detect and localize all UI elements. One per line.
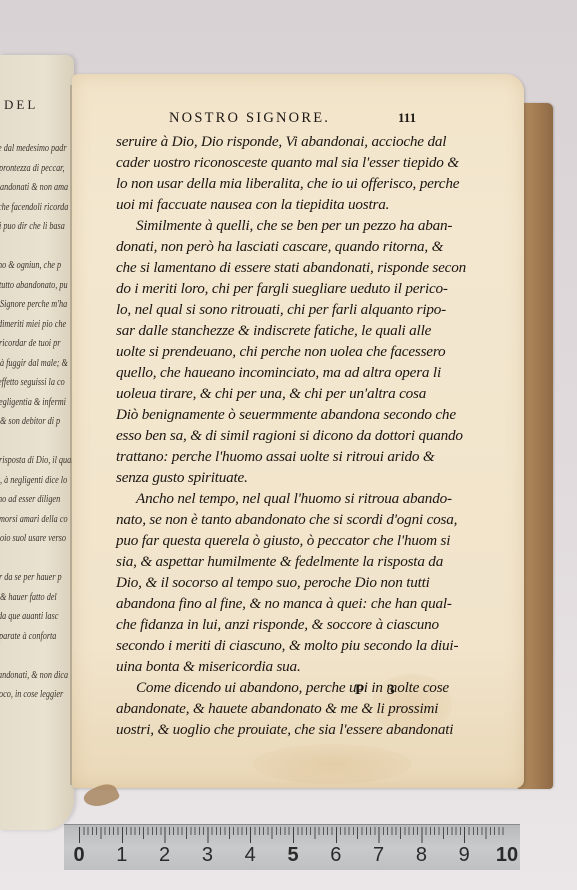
- ruler-label: 2: [159, 844, 170, 867]
- left-page-running-head: DEL: [4, 97, 38, 113]
- left-text-line: da que auanti lasc: [0, 611, 58, 622]
- text-line: quello, che haueano incominciato, ma ad …: [116, 362, 468, 383]
- left-text-line: prontezza di peccar,: [0, 163, 65, 174]
- ruler-label: 5: [287, 844, 298, 867]
- left-text-line: egligentia & infermi: [0, 397, 66, 408]
- text-line: abandonate, & hauete abandonato & me & l…: [116, 698, 468, 719]
- text-line: do i meriti loro, chi per fargli sueglia…: [116, 278, 468, 299]
- left-text-line: parate à conforta: [0, 631, 56, 642]
- text-line: uina bonta & misericordia sua.: [116, 656, 468, 677]
- left-text-line: à fuggir dal male; &: [0, 358, 68, 369]
- left-text-line: Signore perche m'ha: [0, 299, 67, 310]
- ruler-label: 0: [73, 844, 84, 867]
- text-line: abandona fino al fine, & no manca à quei…: [116, 593, 468, 614]
- text-line: sar dalle stanchezze & indiscrete fatich…: [116, 320, 468, 341]
- text-line: che fidanza in lui, anzi risponde, & soc…: [116, 614, 468, 635]
- text-line: donati, non però ha lasciati cascare, qu…: [116, 236, 468, 257]
- left-text-line: e dal medesimo padr: [0, 143, 67, 154]
- left-page-verso: DEL e dal medesimo padrprontezza di pecc…: [0, 55, 74, 830]
- left-text-line: morsi amari della co: [0, 514, 68, 525]
- right-page-recto: NOSTRO SIGNORE. 111 seruire à Dio, Dio r…: [72, 74, 524, 788]
- text-line: Ancho nel tempo, nel qual l'huomo si rit…: [116, 488, 468, 509]
- text-line: lo non usar della mia liberalita, che io…: [116, 173, 468, 194]
- text-line: sia, & aspettar humilmente & fedelmente …: [116, 551, 468, 572]
- folio-number: 111: [398, 110, 416, 126]
- left-text-line: effetto seguissi la co: [0, 377, 65, 388]
- text-line: trattano: perche l'huomo assai uolte si …: [116, 446, 468, 467]
- left-text-line: andonati, & non dica: [0, 670, 68, 681]
- left-text-line: oio suol usare verso: [0, 533, 66, 544]
- running-head: NOSTRO SIGNORE.: [169, 110, 330, 127]
- text-line: senza gusto spirituate.: [116, 467, 468, 488]
- ruler-label: 4: [245, 844, 256, 867]
- body-text: seruire à Dio, Dio risponde, Vi abandona…: [116, 131, 468, 740]
- text-line: Come dicendo ui abandono, perche uoi in …: [116, 677, 468, 698]
- signature-mark: P 3: [355, 682, 405, 699]
- text-line: nato, se non è tanto abandonato che si s…: [116, 509, 468, 530]
- text-line: uolte si prendeuano, chi perche non uole…: [116, 341, 468, 362]
- text-line: secondo i meriti di ciascuno, & molto pi…: [116, 635, 468, 656]
- text-line: Dio, & il socorso al tempo suo, peroche …: [116, 572, 468, 593]
- ruler-label: 9: [459, 844, 470, 867]
- left-text-line: dimeriti miei pio che: [0, 319, 66, 330]
- text-line: Diò benignamente ò seuermmente abandona …: [116, 404, 468, 425]
- foxing-stain: [252, 744, 412, 784]
- text-line: puo far questa querela ò giusto, ò pecca…: [116, 530, 468, 551]
- left-text-line: , à negligenti dice lo: [0, 475, 67, 486]
- left-text-line: no & ogniun, che p: [0, 260, 61, 271]
- ruler-labels: 012345678910: [64, 844, 520, 868]
- scale-ruler: 012345678910: [64, 824, 520, 870]
- ruler-label: 1: [116, 844, 127, 867]
- left-text-line: andonati & non ama: [0, 182, 68, 193]
- ruler-label: 10: [496, 844, 518, 867]
- text-line: esso ben sa, & di simil ragioni si dicon…: [116, 425, 468, 446]
- text-line: che si lamentano di essere stati abandon…: [116, 257, 468, 278]
- left-text-line: & son debitor di p: [0, 416, 60, 427]
- text-line: uoi mi faccuate nausea con la tiepidita …: [116, 194, 468, 215]
- left-text-line: & hauer fatto del: [0, 592, 57, 603]
- ruler-label: 3: [202, 844, 213, 867]
- text-line: Similmente à quelli, che se ben per un p…: [116, 215, 468, 236]
- text-line: uoleua tirare, & chi per una, & chi per …: [116, 383, 468, 404]
- left-text-line: oco, in cose leggier: [0, 689, 63, 700]
- text-line: lo, nel qual si sono ritrouati, chi per …: [116, 299, 468, 320]
- left-text-line: tutto abandonato, pu: [0, 280, 68, 291]
- text-line: uostri, & uoglio che prouiate, che sia l…: [116, 719, 468, 740]
- left-text-line: r da se per hauer p: [0, 572, 62, 583]
- text-line: cader uostro riconosceste quanto mal sia…: [116, 152, 468, 173]
- ruler-label: 6: [330, 844, 341, 867]
- ruler-label: 8: [416, 844, 427, 867]
- text-line: seruire à Dio, Dio risponde, Vi abandona…: [116, 131, 468, 152]
- left-text-line: no ad esser diligen: [0, 494, 60, 505]
- left-text-line: ricordar de tuoi pr: [0, 338, 60, 349]
- left-text-line: che facendoli ricorda: [0, 202, 68, 213]
- ruler-ticks: [79, 827, 507, 843]
- left-text-line: i puo dir che li basa: [0, 221, 65, 232]
- left-text-line: risposta di Dio, il qual: [0, 455, 74, 466]
- ruler-label: 7: [373, 844, 384, 867]
